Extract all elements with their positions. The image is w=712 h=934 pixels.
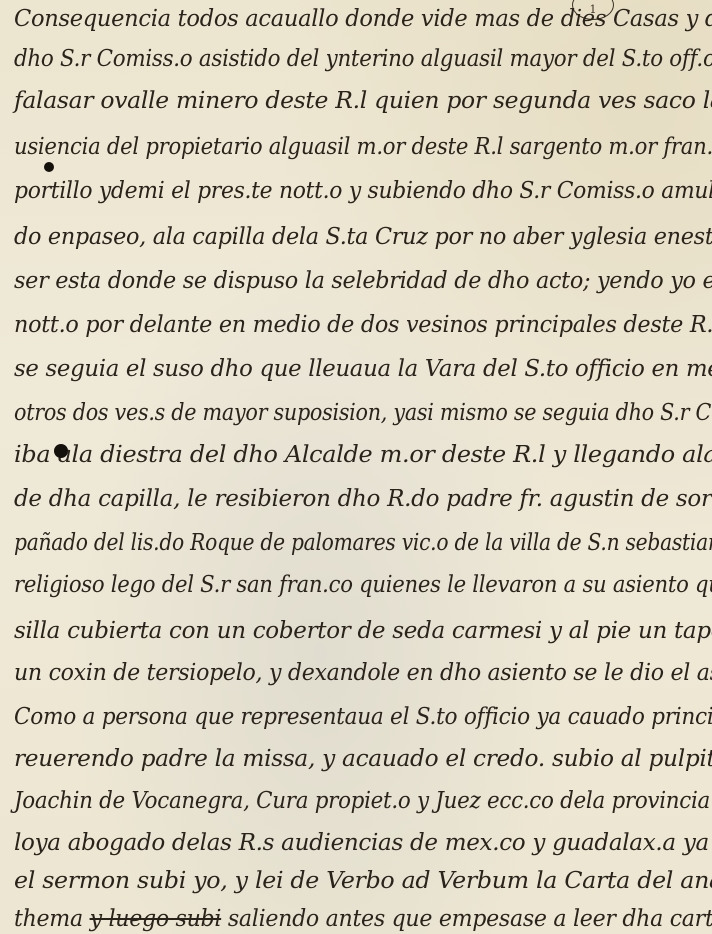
- line-text-before: thema: [14, 906, 83, 932]
- manuscript-line-10: otros dos ves.s de mayor suposision, yas…: [14, 400, 712, 426]
- ink-blot: [54, 444, 68, 458]
- manuscript-line-6: do enpaseo, ala capilla dela S.ta Cruz p…: [14, 224, 712, 250]
- manuscript-line-2: dho S.r Comiss.o asistido del ynterino a…: [14, 46, 712, 72]
- line-text-after: saliendo antes que empesase a leer dha c…: [228, 906, 712, 932]
- manuscript-line-8: nott.o por delante en medio de dos vesin…: [14, 312, 712, 338]
- manuscript-line-18: reuerendo padre la missa, y acauado el c…: [14, 746, 712, 772]
- manuscript-line-13: pañado del lis.do Roque de palomares vic…: [14, 530, 712, 556]
- manuscript-line-7: ser esta donde se dispuso la selebridad …: [14, 268, 712, 294]
- manuscript-line-11: iba ala diestra del dho Alcalde m.or des…: [14, 442, 712, 468]
- manuscript-line-22: thema y luego subi saliendo antes que em…: [14, 906, 712, 932]
- manuscript-page: 1 Consequencia todos acauallo donde vide…: [0, 0, 712, 934]
- manuscript-line-1: Consequencia todos acauallo donde vide m…: [14, 6, 712, 32]
- manuscript-line-16: un coxin de tersiopelo, y dexandole en d…: [14, 660, 712, 686]
- manuscript-line-14: religioso lego del S.r san fran.co quien…: [14, 572, 712, 598]
- struck-out-text: y luego subi: [90, 906, 222, 932]
- manuscript-line-19: Joachin de Vocanegra, Cura propiet.o y J…: [14, 788, 712, 814]
- manuscript-line-20: loya abogado delas R.s audiencias de mex…: [14, 830, 712, 856]
- manuscript-line-5: portillo ydemi el pres.te nott.o y subie…: [14, 178, 712, 204]
- ink-blot: [44, 162, 54, 172]
- manuscript-line-3: falasar ovalle minero deste R.l quien po…: [14, 88, 712, 114]
- manuscript-line-9: se seguia el suso dho que lleuaua la Var…: [14, 356, 712, 382]
- manuscript-line-15: silla cubierta con un cobertor de seda c…: [14, 618, 712, 644]
- manuscript-line-4: usiencia del propietario alguasil m.or d…: [14, 134, 712, 160]
- manuscript-line-17: Como a persona que representaua el S.to …: [14, 704, 712, 730]
- manuscript-line-12: de dha capilla, le resibieron dho R.do p…: [14, 486, 712, 512]
- manuscript-line-21: el sermon subi yo, y lei de Verbo ad Ver…: [14, 868, 712, 894]
